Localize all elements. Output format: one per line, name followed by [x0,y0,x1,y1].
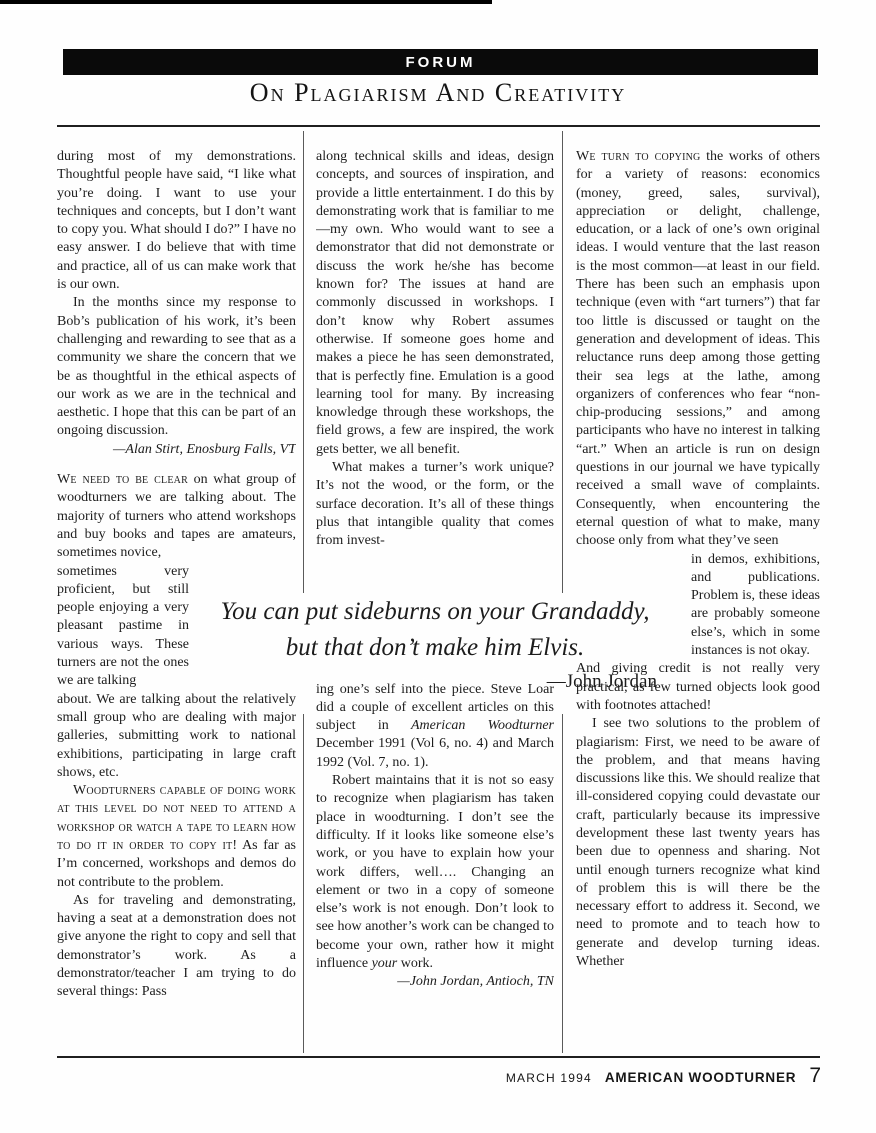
pull-quote-line: You can put sideburns on your Grandaddy, [183,594,687,630]
letter-signature: —Alan Stirt, Enosburg Falls, VT [57,441,296,459]
issue-date: MARCH 1994 [506,1071,592,1085]
forum-banner-label: FORUM [406,54,476,71]
bottom-rule [57,1056,820,1058]
journal-name: American Woodturner [411,718,554,733]
paragraph: As for traveling and demonstrating, havi… [57,892,296,1002]
paragraph: along technical skills and ideas, design… [316,148,554,459]
forum-banner: FORUM [63,49,818,75]
paragraph-text: the works of others for a variety of rea… [576,149,820,548]
top-rule [57,125,820,127]
paragraph: In the months since my response to Bob’s… [57,294,296,440]
page-footer: MARCH 1994 AMERICAN WOODTURNER 7 [506,1064,821,1088]
magazine-page: FORUM On Plagiarism And Creativity durin… [0,0,876,1133]
section-opener: We need to be clear [57,472,188,487]
paragraph: I see two solutions to the problem of pl… [576,715,820,971]
paragraph-text: December 1991 (Vol 6, no. 4) and March 1… [316,736,554,769]
article-title: On Plagiarism And Creativity [0,78,876,108]
column-divider [562,714,563,1053]
column-divider [303,714,304,1053]
emphasis-word: your [372,956,398,971]
paragraph: during most of my demonstrations. Though… [57,148,296,294]
paragraph-wrap-segment: in demos, exhibitions, and publications.… [691,551,820,661]
pull-quote-line: but that don’t make him Elvis. [183,630,687,666]
column-divider [303,131,304,593]
paragraph: What makes a turner’s work unique? It’s … [316,459,554,550]
pull-quote: You can put sideburns on your Grandaddy,… [183,594,687,712]
column-divider [562,131,563,593]
section-opener: We turn to copying [576,149,700,164]
paragraph: We turn to copying the works of others f… [576,148,820,551]
letter-signature: —John Jordan, Antioch, TN [316,973,554,991]
paragraph: Robert maintains that it is not so easy … [316,772,554,973]
magazine-name: AMERICAN WOODTURNER [605,1070,796,1085]
paragraph-wrap-segment: sometimes very proficient, but still peo… [57,563,189,691]
page-number: 7 [809,1064,821,1088]
paragraph: Woodturners capable of doing work at thi… [57,782,296,892]
paragraph-text: work. [397,956,433,971]
scan-artifact-strip [0,0,492,4]
paragraph: We need to be clear on what group of woo… [57,471,296,562]
pull-quote-attribution: —John Jordan [183,671,687,693]
paragraph-text: Robert maintains that it is not so easy … [316,773,554,971]
